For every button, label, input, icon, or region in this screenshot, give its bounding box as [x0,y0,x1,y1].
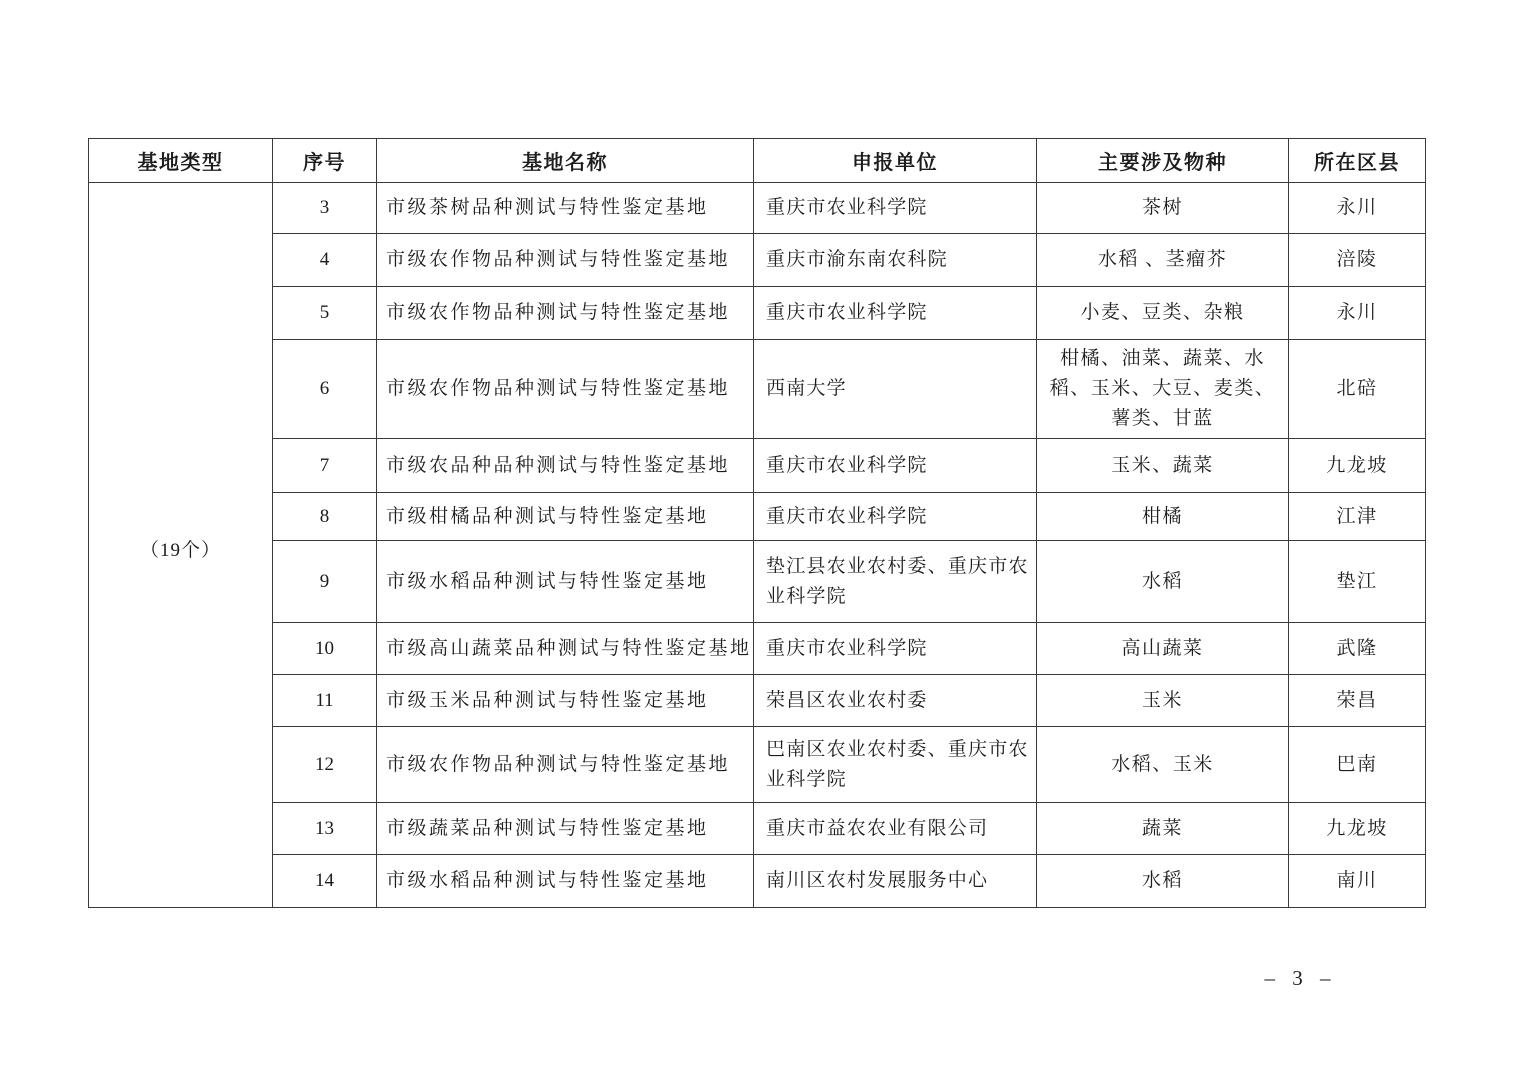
cell-district: 武隆 [1289,623,1426,675]
cell-applicant: 重庆市农业科学院 [754,183,1037,234]
cell-applicant: 垫江县农业农村委、重庆市农业科学院 [754,541,1037,623]
header-district: 所在区县 [1289,139,1426,183]
cell-district: 涪陵 [1289,234,1426,287]
table-row: 5市级农作物品种测试与特性鉴定基地重庆市农业科学院小麦、豆类、杂粮永川 [89,287,1426,340]
cell-serial-no: 7 [273,439,377,493]
cell-serial-no: 14 [273,855,377,908]
cell-serial-no: 9 [273,541,377,623]
cell-district: 荣昌 [1289,675,1426,727]
table-body: （19个）3市级茶树品种测试与特性鉴定基地重庆市农业科学院茶树永川4市级农作物品… [89,183,1426,908]
header-base-type: 基地类型 [89,139,273,183]
table-row: 6市级农作物品种测试与特性鉴定基地西南大学柑橘、油菜、蔬菜、水稻、玉米、大豆、麦… [89,340,1426,439]
cell-species: 水稻 [1037,541,1289,623]
cell-base-name: 市级农作物品种测试与特性鉴定基地 [377,727,754,803]
cell-applicant: 重庆市益农农业有限公司 [754,803,1037,855]
cell-base-name: 市级高山蔬菜品种测试与特性鉴定基地 [377,623,754,675]
cell-base-name: 市级柑橘品种测试与特性鉴定基地 [377,493,754,541]
cell-base-name: 市级农作物品种测试与特性鉴定基地 [377,340,754,439]
header-serial-no: 序号 [273,139,377,183]
cell-serial-no: 5 [273,287,377,340]
cell-base-name: 市级水稻品种测试与特性鉴定基地 [377,855,754,908]
table-row: 14市级水稻品种测试与特性鉴定基地南川区农村发展服务中心水稻南川 [89,855,1426,908]
cell-species: 柑橘、油菜、蔬菜、水稻、玉米、大豆、麦类、薯类、甘蓝 [1037,340,1289,439]
cell-applicant: 重庆市农业科学院 [754,287,1037,340]
cell-serial-no: 8 [273,493,377,541]
cell-serial-no: 12 [273,727,377,803]
table-row: 11市级玉米品种测试与特性鉴定基地荣昌区农业农村委玉米荣昌 [89,675,1426,727]
cell-applicant: 重庆市渝东南农科院 [754,234,1037,287]
cell-district: 永川 [1289,287,1426,340]
cell-district: 九龙坡 [1289,439,1426,493]
cell-species: 小麦、豆类、杂粮 [1037,287,1289,340]
cell-serial-no: 13 [273,803,377,855]
cell-serial-no: 4 [273,234,377,287]
table-row: 4市级农作物品种测试与特性鉴定基地重庆市渝东南农科院水稻 、茎瘤芥涪陵 [89,234,1426,287]
cell-species: 玉米、蔬菜 [1037,439,1289,493]
cell-base-name: 市级蔬菜品种测试与特性鉴定基地 [377,803,754,855]
cell-base-name: 市级农作物品种测试与特性鉴定基地 [377,234,754,287]
cell-serial-no: 10 [273,623,377,675]
cell-applicant: 巴南区农业农村委、重庆市农业科学院 [754,727,1037,803]
cell-applicant: 南川区农村发展服务中心 [754,855,1037,908]
table-row: 13市级蔬菜品种测试与特性鉴定基地重庆市益农农业有限公司蔬菜九龙坡 [89,803,1426,855]
cell-species: 柑橘 [1037,493,1289,541]
cell-applicant: 西南大学 [754,340,1037,439]
cell-species: 水稻 、茎瘤芥 [1037,234,1289,287]
cell-district: 垫江 [1289,541,1426,623]
table-row: 7市级农品种品种测试与特性鉴定基地重庆市农业科学院玉米、蔬菜九龙坡 [89,439,1426,493]
cell-base-name: 市级茶树品种测试与特性鉴定基地 [377,183,754,234]
header-applicant: 申报单位 [754,139,1037,183]
cell-base-name: 市级玉米品种测试与特性鉴定基地 [377,675,754,727]
base-list-table: 基地类型 序号 基地名称 申报单位 主要涉及物种 所在区县 （19个）3市级茶树… [88,138,1426,908]
table-header: 基地类型 序号 基地名称 申报单位 主要涉及物种 所在区县 [89,139,1426,183]
cell-serial-no: 11 [273,675,377,727]
table-header-row: 基地类型 序号 基地名称 申报单位 主要涉及物种 所在区县 [89,139,1426,183]
cell-district: 永川 [1289,183,1426,234]
cell-district: 九龙坡 [1289,803,1426,855]
cell-district: 南川 [1289,855,1426,908]
cell-species: 水稻 [1037,855,1289,908]
base-type-count-cell: （19个） [89,183,273,908]
header-species: 主要涉及物种 [1037,139,1289,183]
cell-species: 蔬菜 [1037,803,1289,855]
cell-species: 玉米 [1037,675,1289,727]
cell-species: 水稻、玉米 [1037,727,1289,803]
table-row: 9市级水稻品种测试与特性鉴定基地垫江县农业农村委、重庆市农业科学院水稻垫江 [89,541,1426,623]
cell-applicant: 重庆市农业科学院 [754,493,1037,541]
table-row: 8市级柑橘品种测试与特性鉴定基地重庆市农业科学院柑橘江津 [89,493,1426,541]
cell-applicant: 荣昌区农业农村委 [754,675,1037,727]
cell-base-name: 市级水稻品种测试与特性鉴定基地 [377,541,754,623]
table-row: （19个）3市级茶树品种测试与特性鉴定基地重庆市农业科学院茶树永川 [89,183,1426,234]
table-row: 12市级农作物品种测试与特性鉴定基地巴南区农业农村委、重庆市农业科学院水稻、玉米… [89,727,1426,803]
cell-species: 茶树 [1037,183,1289,234]
cell-district: 江津 [1289,493,1426,541]
cell-applicant: 重庆市农业科学院 [754,623,1037,675]
cell-serial-no: 6 [273,340,377,439]
cell-base-name: 市级农品种品种测试与特性鉴定基地 [377,439,754,493]
cell-species: 高山蔬菜 [1037,623,1289,675]
cell-district: 巴南 [1289,727,1426,803]
cell-serial-no: 3 [273,183,377,234]
page-number: – 3 – [1238,966,1358,991]
table-row: 10市级高山蔬菜品种测试与特性鉴定基地重庆市农业科学院高山蔬菜武隆 [89,623,1426,675]
cell-district: 北碚 [1289,340,1426,439]
header-base-name: 基地名称 [377,139,754,183]
cell-base-name: 市级农作物品种测试与特性鉴定基地 [377,287,754,340]
cell-applicant: 重庆市农业科学院 [754,439,1037,493]
